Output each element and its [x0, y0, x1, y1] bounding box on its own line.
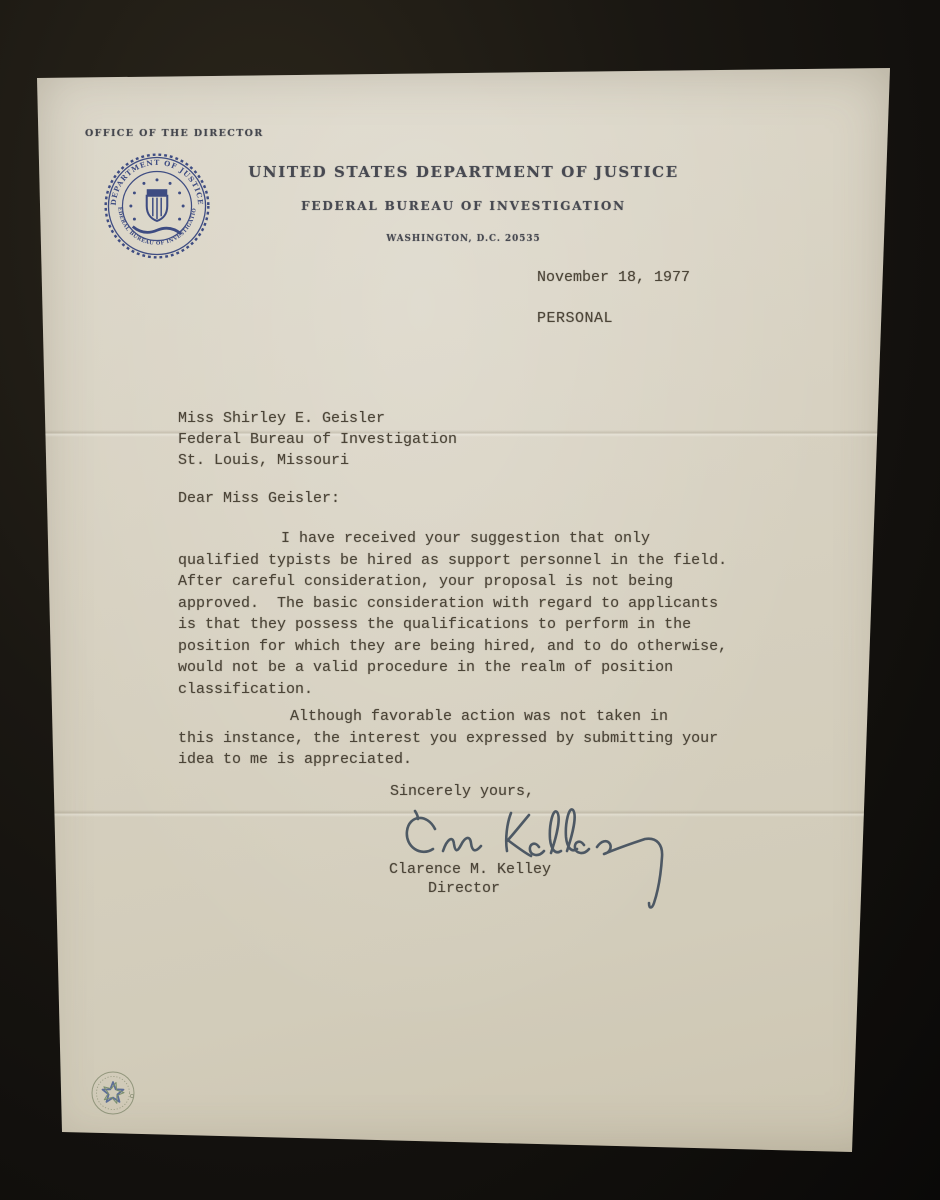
photo-background: OFFICE OF THE DIRECTOR DEPARTMENT OF JUS… [0, 0, 940, 1200]
letter-date: November 18, 1977 [537, 267, 690, 289]
body-paragraph-2: Although favorable action was not taken … [178, 706, 778, 771]
salutation: Dear Miss Geisler: [178, 488, 340, 510]
recipient-address: Miss Shirley E. Geisler Federal Bureau o… [178, 408, 457, 471]
body-paragraph-1: I have received your suggestion that onl… [178, 528, 778, 700]
letterhead-address-line: WASHINGTON, D.C. 20535 [37, 235, 890, 244]
letterhead-doj-line: UNITED STATES DEPARTMENT OF JUSTICE [37, 165, 890, 180]
personal-label: PERSONAL [537, 308, 613, 330]
bicentennial-stamp-icon [89, 1069, 137, 1117]
letterhead: UNITED STATES DEPARTMENT OF JUSTICE FEDE… [37, 165, 890, 244]
letterhead-fbi-line: FEDERAL BUREAU OF INVESTIGATION [37, 200, 890, 212]
closing: Sincerely yours, [390, 781, 534, 803]
fold-crease [37, 430, 890, 437]
letter-paper: OFFICE OF THE DIRECTOR DEPARTMENT OF JUS… [37, 68, 890, 1152]
office-of-director-label: OFFICE OF THE DIRECTOR [85, 128, 264, 139]
signer-title: Director [428, 878, 500, 900]
